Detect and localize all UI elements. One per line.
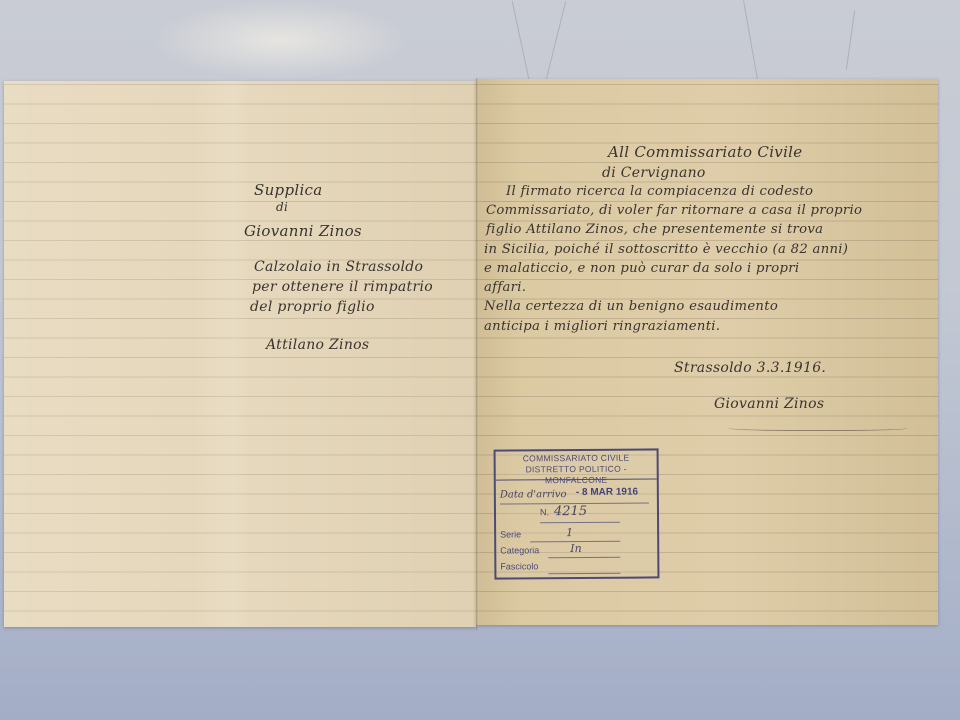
petition-title: Supplica bbox=[254, 181, 322, 199]
petition-title-connector: di bbox=[276, 200, 288, 214]
stamp-arrival-date: - 8 MAR 1916 bbox=[576, 487, 638, 498]
stamp-number-line bbox=[540, 522, 620, 524]
stamp-serie-label: Serie bbox=[500, 529, 521, 539]
stamp-serie-value: 1 bbox=[566, 526, 573, 539]
stamp-header: COMMISSARIATO CIVILE DISTRETTO POLITICO … bbox=[496, 452, 657, 486]
surface-scratch bbox=[512, 1, 530, 79]
body-line-6: affari. bbox=[484, 280, 526, 295]
body-line-4: in Sicilia, poiché il sottoscritto è vec… bbox=[484, 242, 848, 257]
surface-scratch bbox=[743, 1, 758, 80]
body-line-2: Commissariato, di voler far ritornare a … bbox=[486, 203, 862, 218]
addressee-line-2: di Cervignano bbox=[602, 165, 706, 181]
petition-line-2: per ottenere il rimpatrio bbox=[252, 279, 433, 295]
stamp-fascicolo-line bbox=[548, 573, 620, 575]
petition-line-3: del proprio figlio bbox=[250, 299, 375, 315]
body-line-3: figlio Attilano Zinos, che presentemente… bbox=[486, 222, 823, 237]
petition-line-1: Calzolaio in Strassoldo bbox=[254, 259, 423, 275]
stamp-categoria-value: In bbox=[570, 542, 582, 555]
registry-stamp: COMMISSARIATO CIVILE DISTRETTO POLITICO … bbox=[494, 448, 660, 579]
stamp-number-value: 4215 bbox=[554, 504, 587, 519]
stamp-header-line-2: DISTRETTO POLITICO - MONFALCONE bbox=[496, 463, 657, 486]
stamp-categoria-label: Categoria bbox=[500, 545, 539, 555]
letter-left-page: Supplica di Giovanni Zinos Calzolaio in … bbox=[4, 81, 476, 627]
stamp-categoria-line bbox=[548, 557, 620, 559]
body-line-1: Il firmato ricerca la compiacenza di cod… bbox=[506, 184, 813, 199]
stamp-number-label: N. bbox=[540, 507, 549, 517]
signature-underline bbox=[728, 424, 908, 431]
light-glare bbox=[150, 0, 410, 80]
signature: Giovanni Zinos bbox=[714, 396, 824, 412]
surface-scratch bbox=[846, 10, 855, 70]
addressee-line-1: All Commissariato Civile bbox=[608, 143, 802, 161]
stamp-arrival-label: Data d'arrivo bbox=[500, 489, 567, 500]
page-fold-crease bbox=[476, 78, 479, 630]
stamp-fascicolo-label: Fascicolo bbox=[500, 561, 538, 571]
place-and-date: Strassoldo 3.3.1916. bbox=[674, 360, 826, 376]
son-name: Attilano Zinos bbox=[266, 337, 369, 353]
body-line-7: Nella certezza di un benigno esaudimento bbox=[484, 299, 778, 314]
surface-scratch bbox=[545, 1, 567, 84]
body-line-8: anticipa i migliori ringraziamenti. bbox=[484, 319, 720, 334]
petitioner-name: Giovanni Zinos bbox=[244, 222, 362, 240]
body-line-5: e malaticcio, e non può curar da solo i … bbox=[484, 261, 799, 276]
